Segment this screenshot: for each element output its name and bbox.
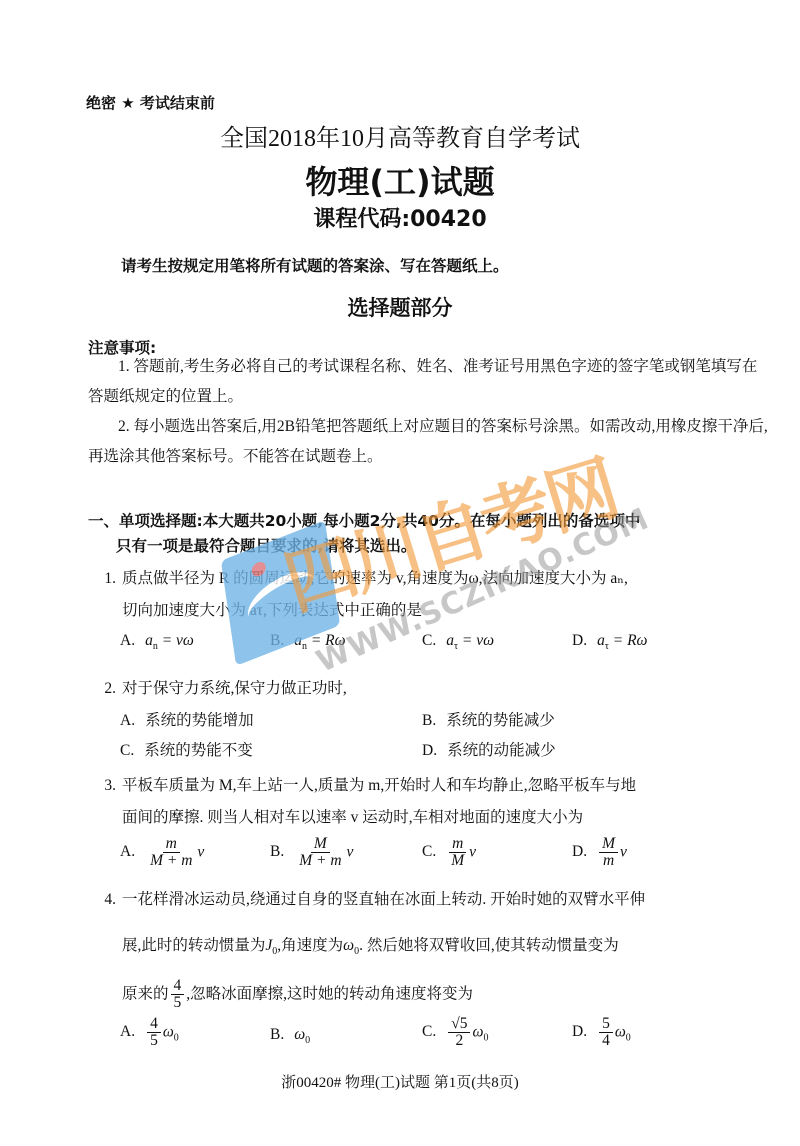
- option-c[interactable]: C.aτ = vω: [422, 632, 494, 652]
- option-a[interactable]: A.45ω0: [120, 1016, 179, 1050]
- option-label: C.: [422, 1023, 436, 1040]
- fraction: √52: [448, 1016, 470, 1050]
- question-1-options: A.an = vω B.an = Rω C.aτ = vω D.aτ = Rω: [120, 632, 720, 662]
- option-label: A.: [120, 712, 135, 729]
- option-label: B.: [270, 632, 284, 649]
- option-a[interactable]: A.mM + mv: [120, 836, 204, 870]
- option-label: C.: [422, 843, 436, 860]
- numerator: m: [163, 836, 180, 853]
- sub: 0: [626, 1032, 631, 1043]
- question-2-options-row2: C.系统的势能不变 D.系统的动能减少: [120, 738, 720, 768]
- question-4: 4.一花样滑冰运动员,绕通过自身的竖直轴在冰面上转动. 开始时她的双臂水平伸 展…: [88, 884, 768, 1012]
- numerator: M: [599, 836, 618, 853]
- numerator: M: [311, 836, 330, 853]
- option-label: A.: [120, 632, 135, 649]
- option-sub: τ: [605, 641, 609, 652]
- question-3-options: A.mM + mv B.MM + mv C.mMv D.Mmv: [120, 836, 720, 880]
- text-seg: ,角速度为: [277, 937, 343, 954]
- denominator: M + m: [147, 853, 195, 869]
- option-var: a: [145, 632, 153, 649]
- note-item: 1. 答题前,考生务必将自己的考试课程名称、姓名、准考证号用黑色字迹的签字笔或钢…: [88, 352, 768, 412]
- option-expr: = vω: [462, 632, 494, 649]
- question-3: 3.平板车质量为 M,车上站一人,质量为 m,开始时人和车均静止,忽略平板车与地…: [88, 770, 768, 834]
- question-number: 4.: [88, 884, 116, 916]
- exam-instruction: 请考生按规定用笔将所有试题的答案涂、写在答题纸上。: [121, 254, 509, 276]
- option-d[interactable]: D.Mmv: [572, 836, 627, 870]
- denominator: 5: [171, 995, 185, 1011]
- numerator: m: [449, 836, 466, 853]
- option-var: v: [347, 843, 354, 860]
- option-text: 系统的势能增加: [145, 712, 254, 729]
- option-text: 系统的动能减少: [447, 742, 556, 759]
- option-label: C.: [120, 742, 134, 759]
- part-heading: 一、单项选择题:本大题共20小题,每小题2分,共40分。在每小题列出的备选项中 …: [88, 509, 748, 559]
- fraction: 45: [171, 978, 185, 1012]
- denominator: 2: [452, 1033, 466, 1049]
- denominator: m: [600, 853, 617, 869]
- question-number: 2.: [88, 674, 116, 704]
- option-var: v: [620, 843, 627, 860]
- option-var: v: [197, 843, 204, 860]
- option-text: 系统的势能不变: [144, 742, 253, 759]
- option-var: v: [469, 843, 476, 860]
- exam-title: 全国2018年10月高等教育自学考试: [0, 118, 800, 153]
- confidential-notice: 绝密 ★ 考试结束前: [86, 92, 215, 113]
- option-var: ω: [294, 1026, 305, 1043]
- denominator: M + m: [296, 853, 344, 869]
- option-b[interactable]: B.ω0: [270, 1026, 310, 1046]
- part-heading-line2: 只有一项是最符合题目要求的,请将其选出。: [88, 534, 748, 559]
- option-expr: = vω: [162, 632, 194, 649]
- denominator: 4: [599, 1033, 613, 1049]
- option-label: A.: [120, 843, 135, 860]
- option-c[interactable]: C.mMv: [422, 836, 476, 870]
- question-1: 1.质点做半径为 R 的圆周运动,它的速率为 v,角速度为ω,法向加速度大小为 …: [88, 563, 768, 627]
- note-text: 1. 答题前,考生务必将自己的考试课程名称、姓名、准考证号用黑色字迹的签字笔或钢…: [88, 358, 757, 405]
- option-expr: = Rω: [311, 632, 346, 649]
- option-label: D.: [572, 843, 587, 860]
- denominator: 5: [147, 1033, 161, 1049]
- option-label: C.: [422, 632, 436, 649]
- option-a[interactable]: A.系统的势能增加: [120, 708, 254, 730]
- option-sub: n: [153, 641, 158, 652]
- sub: 0: [305, 1035, 310, 1046]
- question-4-options: A.45ω0 B.ω0 C.√52ω0 D.54ω0: [120, 1016, 720, 1060]
- question-text: 质点做半径为 R 的圆周运动,它的速率为 v,角速度为ω,法向加速度大小为 aₙ…: [122, 570, 628, 587]
- option-label: D.: [572, 632, 587, 649]
- option-c[interactable]: C.√52ω0: [422, 1016, 488, 1050]
- option-sub: n: [302, 641, 307, 652]
- option-sub: τ: [454, 641, 458, 652]
- course-code: 课程代码:00420: [0, 202, 800, 233]
- option-var: a: [446, 632, 454, 649]
- option-var: ω: [163, 1023, 174, 1040]
- fraction: 54: [599, 1016, 613, 1050]
- option-label: D.: [572, 1023, 587, 1040]
- option-text: 系统的势能减少: [446, 712, 555, 729]
- option-label: B.: [270, 1026, 284, 1043]
- question-2-options-row1: A.系统的势能增加 B.系统的势能减少: [120, 708, 720, 738]
- question-number: 3.: [88, 770, 116, 802]
- option-label: D.: [422, 742, 437, 759]
- numerator: 5: [599, 1016, 613, 1033]
- option-d[interactable]: D.aτ = Rω: [572, 632, 647, 652]
- fraction: 45: [147, 1016, 161, 1050]
- numerator: 4: [171, 978, 185, 995]
- option-b[interactable]: B.MM + mv: [270, 836, 353, 870]
- option-label: A.: [120, 1023, 135, 1040]
- question-text: 一花样滑冰运动员,绕通过自身的竖直轴在冰面上转动. 开始时她的双臂水平伸: [122, 891, 645, 908]
- option-d[interactable]: D.系统的动能减少: [422, 738, 556, 760]
- numerator: √5: [448, 1016, 470, 1033]
- fraction: MM + m: [296, 836, 344, 870]
- option-var: ω: [472, 1023, 483, 1040]
- option-label: B.: [270, 843, 284, 860]
- question-text: 切向加速度大小为 aτ,下列表达式中正确的是: [88, 595, 768, 627]
- question-text: 原来的45,忽略冰面摩擦,这时她的转动角速度将变为: [88, 978, 768, 1012]
- var-omega: ω: [343, 937, 354, 954]
- subject-title: 物理(工)试题: [0, 157, 800, 203]
- option-b[interactable]: B.系统的势能减少: [422, 708, 555, 730]
- option-d[interactable]: D.54ω0: [572, 1016, 631, 1050]
- note-item: 2. 每小题选出答案后,用2B铅笔把答题纸上对应题目的答案标号涂黑。如需改动,用…: [88, 412, 768, 472]
- question-text: 展,此时的转动惯量为J0,角速度为ω0. 然后她将双臂收回,使其转动惯量变为: [88, 930, 768, 968]
- option-a[interactable]: A.an = vω: [120, 632, 194, 652]
- option-c[interactable]: C.系统的势能不变: [120, 738, 253, 760]
- question-2: 2.对于保守力系统,保守力做正功时,: [88, 674, 768, 704]
- option-expr: = Rω: [613, 632, 648, 649]
- text-seg: ,忽略冰面摩擦,这时她的转动角速度将变为: [186, 985, 473, 1002]
- question-text: 对于保守力系统,保守力做正功时,: [122, 680, 347, 697]
- part-heading-line1: 一、单项选择题:本大题共20小题,每小题2分,共40分。在每小题列出的备选项中: [88, 509, 748, 534]
- text-seg: 展,此时的转动惯量为: [122, 937, 265, 954]
- sub: 0: [483, 1032, 488, 1043]
- question-number: 1.: [88, 563, 116, 595]
- option-var: a: [597, 632, 605, 649]
- option-var: ω: [615, 1023, 626, 1040]
- numerator: 4: [147, 1016, 161, 1033]
- denominator: M: [448, 853, 467, 869]
- option-b[interactable]: B.an = Rω: [270, 632, 346, 652]
- page-footer: 浙00420# 物理(工)试题 第1页(共8页): [0, 1071, 800, 1092]
- question-text: 面间的摩擦. 则当人相对车以速率 v 运动时,车相对地面的速度大小为: [88, 802, 768, 834]
- option-label: B.: [422, 712, 436, 729]
- section-title: 选择题部分: [0, 292, 800, 322]
- text-seg: 原来的: [122, 985, 169, 1002]
- option-var: a: [294, 632, 302, 649]
- fraction: Mm: [599, 836, 618, 870]
- note-text: 2. 每小题选出答案后,用2B铅笔把答题纸上对应题目的答案标号涂黑。如需改动,用…: [88, 418, 768, 465]
- question-text: 平板车质量为 M,车上站一人,质量为 m,开始时人和车均静止,忽略平板车与地: [122, 777, 636, 794]
- fraction: mM: [448, 836, 467, 870]
- fraction: mM + m: [147, 836, 195, 870]
- sub: 0: [174, 1032, 179, 1043]
- text-seg: . 然后她将双臂收回,使其转动惯量变为: [359, 937, 619, 954]
